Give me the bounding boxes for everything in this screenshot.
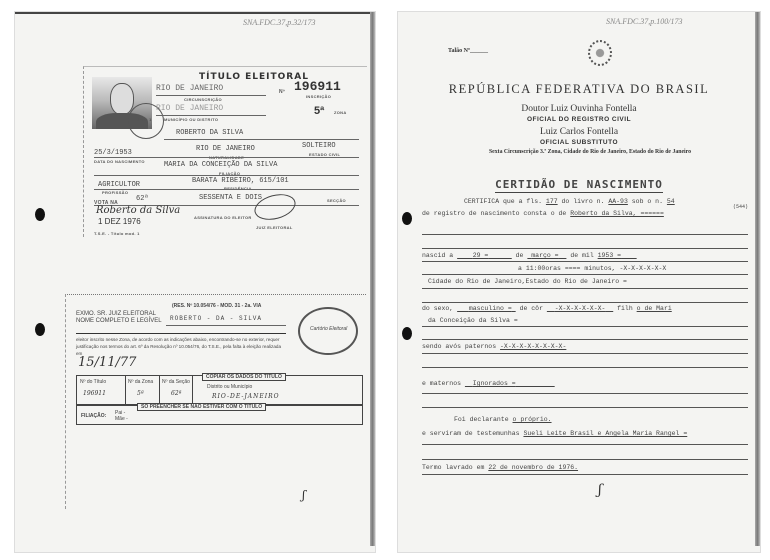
punch-hole <box>35 208 45 221</box>
local-line: Cidade do Rio de Janeiro,Estado do Rio d… <box>428 278 748 285</box>
punch-hole <box>402 212 412 225</box>
title-data-table: Nº do Título Nº da Zona Nº da Seção 1969… <box>76 375 363 405</box>
page-top-edge <box>15 12 375 14</box>
voter-signature: Roberto da Silva <box>96 205 180 216</box>
municipio-value: RIO DE JANEIRO <box>156 104 223 113</box>
estado-civil-value: SOLTEIRO <box>302 142 336 150</box>
substitute-title: OFICIAL SUBSTITUTO <box>398 139 760 146</box>
birth-certificate-page: SNA.FDC.37,p.100/173 Talão Nº______ REPÚ… <box>398 12 760 552</box>
circunscricao-value: RIO DE JANEIRO <box>156 84 223 93</box>
registro-line: de registro de nascimento consta o de Ro… <box>422 210 748 217</box>
hora-line: a 11:00oras ==== minutos, -X-X-X-X-X-X <box>518 265 748 272</box>
voter-name: ROBERTO DA SILVA <box>176 129 243 137</box>
card-title: TÍTULO ELEITORAL <box>199 72 309 82</box>
voter-card: TÍTULO ELEITORAL Zona 1 RIO DE JANEIRO C… <box>83 66 367 237</box>
residencia-value: BARATA RIBEIRO, 615/101 <box>192 177 289 185</box>
testemunhas-line: e serviram de testemunhas Sueli Leite Br… <box>422 430 748 437</box>
birth-date: 25/3/1953 <box>94 149 132 157</box>
zona-value: 5ª <box>314 105 324 117</box>
initial-mark: ʃ <box>598 482 602 498</box>
cartorio-stamp-icon: Cartório Eleitoral <box>298 307 358 355</box>
issue-date: 1 DEZ 1976 <box>98 217 141 226</box>
declarante-line: Foi declarante o próprio. <box>454 416 748 423</box>
justification-text: eleitor inscrito nesse Zona, de acordo c… <box>76 336 288 357</box>
name-field: ROBERTO - DA - SILVA <box>170 315 262 322</box>
republic-heading: REPÚBLICA FEDERATIVA DO BRASIL <box>398 82 760 97</box>
archive-annotation: SNA.FDC.37,p.100/173 <box>606 17 682 26</box>
filiacao-value: MARIA DA CONCEIÇÃO DA SILVA <box>164 161 277 169</box>
punch-hole <box>402 327 412 340</box>
coat-of-arms-icon <box>588 40 612 66</box>
jurisdiction: Sexta Circunscrição 3.ª Zona, Cidade do … <box>428 149 752 155</box>
official-title: OFICIAL DO REGISTRO CIVIL <box>398 116 760 123</box>
talao-label: Talão Nº______ <box>448 48 488 54</box>
avos-maternos-line: e maternos Ignorados = <box>422 380 748 387</box>
doc-title: CERTIDÃO DE NASCIMENTO <box>398 175 760 193</box>
avos-paternos-line: sendo avós paternos -X-X-X-X-X-X-X-X- <box>422 343 748 350</box>
voter-title-page: SNA.FDC.37,p.32/173 TÍTULO ELEITORAL Zon… <box>15 12 375 552</box>
sexo-line: do sexo, masculino = de côr -X-X-X-X-X-X… <box>422 305 748 312</box>
archive-annotation: SNA.FDC.37,p.32/173 <box>243 18 315 27</box>
termo-line: Termo lavrado em 22 de novembro de 1976. <box>422 464 748 471</box>
page-binding-edge <box>370 12 375 546</box>
substitute-name: Luiz Carlos Fontella <box>398 127 760 137</box>
mae-line: da Conceição da Silva = <box>428 317 748 324</box>
profissao-value: AGRICULTOR <box>98 181 140 189</box>
election-date: 15/11/77 <box>78 355 136 370</box>
seccao-value: SESSENTA E DOIS <box>199 194 262 202</box>
filiacao-box: SÓ PREENCHER SE NÃO ESTIVER COM O TÍTULO… <box>76 405 363 425</box>
initial-mark: ʃ <box>302 488 305 502</box>
punch-hole <box>35 323 45 336</box>
justification-form: (RES. Nº 10.054/76 - MOD. 31 - 2a. VIA E… <box>65 294 366 509</box>
naturalidade-value: RIO DE JANEIRO <box>196 145 255 153</box>
inscricao-number: 196911 <box>294 79 341 94</box>
certifica-line: CERTIFICA que a fls. 177 do livro n. AA-… <box>464 198 748 205</box>
official-name: Doutor Luiz Ouvinha Fontella <box>398 104 760 114</box>
vota-na-value: 62ª <box>136 195 149 203</box>
nascido-line: nascid a 29 = de março = de mil 1953 = <box>422 252 748 259</box>
